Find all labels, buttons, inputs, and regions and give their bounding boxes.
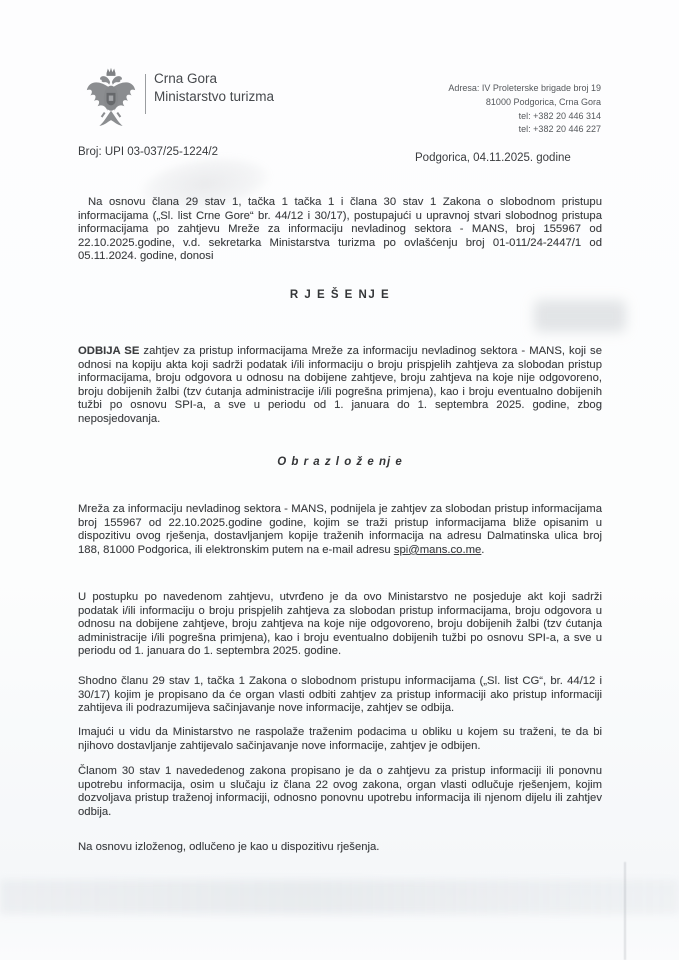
phone-line: tel: +382 20 446 314: [448, 110, 601, 124]
request-text-end: .: [481, 544, 484, 556]
decision-lead: ODBIJA SE: [78, 345, 139, 357]
intro-paragraph: Na osnovu člana 29 stav 1, tačka 1 tačka…: [78, 196, 602, 264]
address-block: Adresa: IV Proleterske brigade broj 19 8…: [448, 82, 601, 137]
address-line: 81000 Podgorica, Crna Gora: [448, 96, 601, 110]
body-paragraph: Shodno članu 29 stav 1, tačka 1 Zakona o…: [78, 675, 602, 716]
body-paragraph: U postupku po navedenom zahtjevu, utvrđe…: [78, 591, 602, 659]
header-divider: [145, 74, 146, 114]
scan-smudge-artifact: [534, 300, 626, 332]
montenegro-coat-of-arms-icon: [84, 66, 138, 134]
ministry-title-block: Crna Gora Ministarstvo turizma: [154, 70, 274, 106]
request-text: Mreža za informaciju nevladinog sektora …: [78, 503, 602, 556]
closing-paragraph: Na osnovu izloženog, odlučeno je kao u d…: [78, 841, 602, 855]
document-title: R J E Š E NJ E: [78, 289, 602, 301]
address-line: Adresa: IV Proleterske brigade broj 19: [448, 82, 601, 96]
section-title-obrazlozenje: O b r a z l o ž e nj e: [78, 456, 602, 468]
document-page: Crna Gora Ministarstvo turizma Adresa: I…: [0, 0, 679, 960]
ministry-name: Ministarstvo turizma: [154, 88, 274, 106]
decision-paragraph: ODBIJA SE zahtjev za pristup informacija…: [78, 345, 602, 427]
country-name: Crna Gora: [154, 70, 274, 88]
place-and-date: Podgorica, 04.11.2025. godine: [415, 152, 571, 164]
request-paragraph: Mreža za informaciju nevladinog sektora …: [78, 503, 602, 557]
scan-band-artifact: [0, 880, 679, 914]
body-paragraph: Članom 30 stav 1 navededenog zakona prop…: [78, 765, 602, 819]
email-address: spi@mans.co.me: [394, 544, 481, 556]
body-paragraph: Imajući u vidu da Ministarstvo ne raspol…: [78, 726, 602, 753]
phone-line: tel: +382 20 446 227: [448, 123, 601, 137]
decision-body: zahtjev za pristup informacijama Mreže z…: [78, 345, 602, 425]
scan-edge-line-artifact: [624, 862, 626, 960]
case-number: Broj: UPI 03-037/25-1224/2: [78, 146, 218, 158]
